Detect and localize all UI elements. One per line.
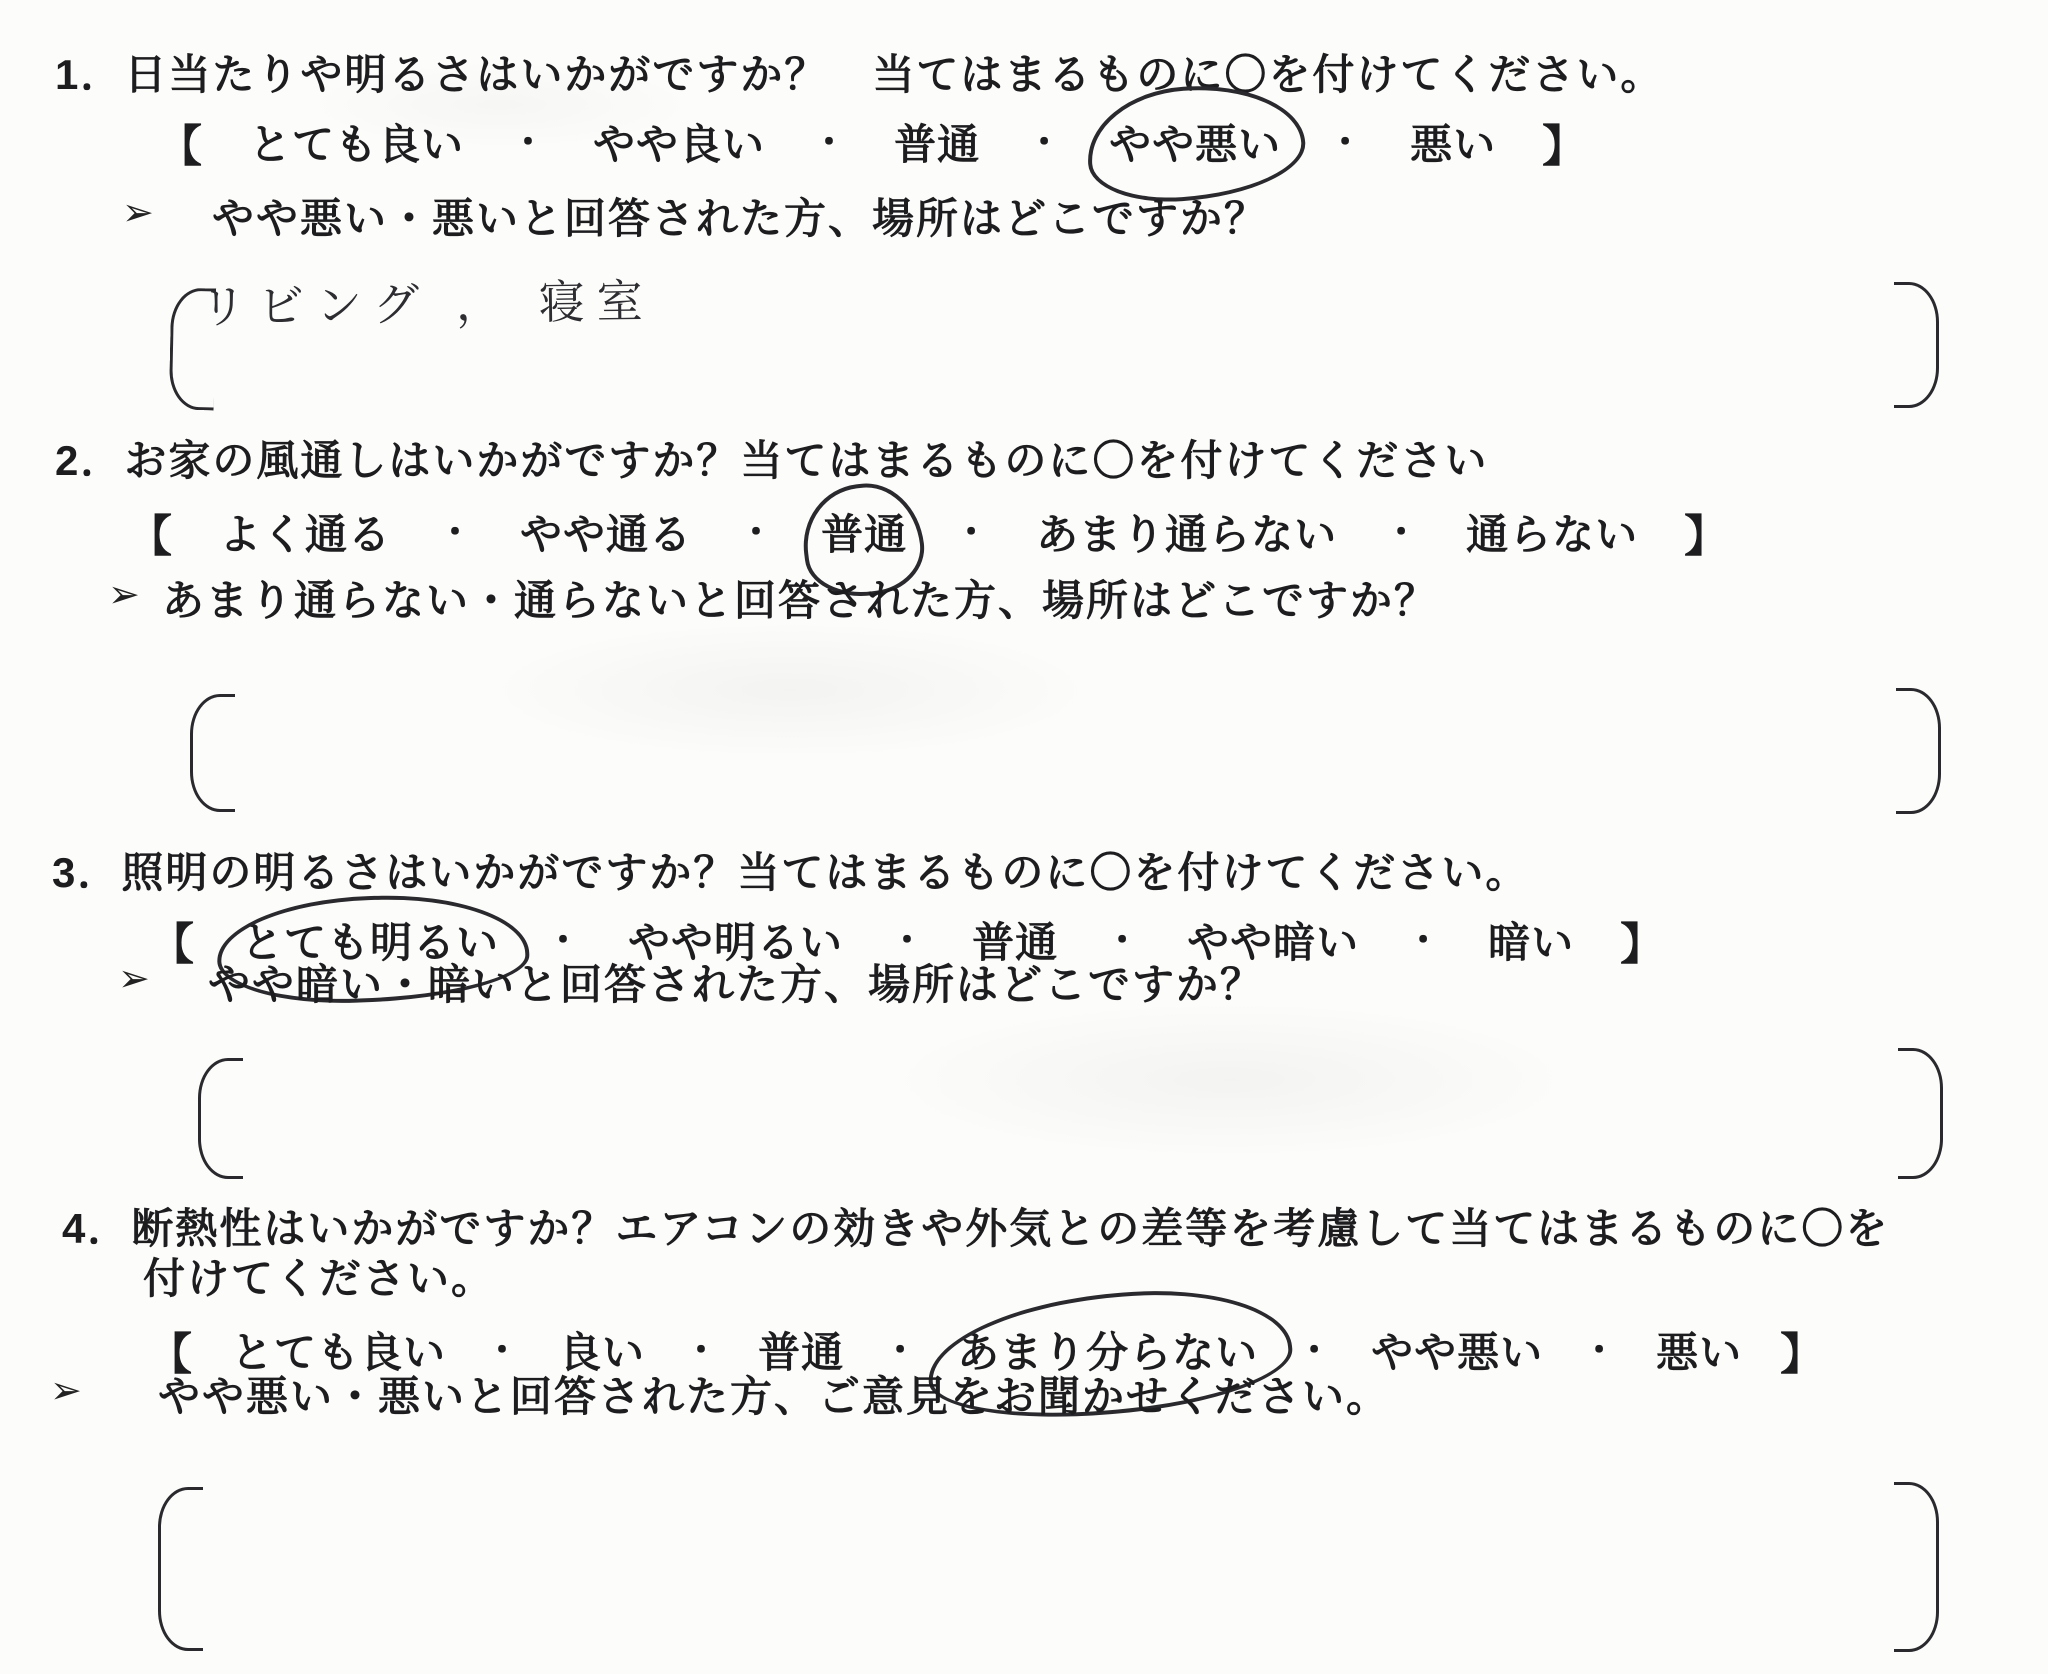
answer-bracket-right — [1894, 282, 1939, 408]
arrow-icon: ➢ — [50, 1368, 82, 1413]
question-4-heading-line2: 付けてください。 — [143, 1246, 495, 1306]
q4-option-yaya-warui: やや悪い — [1371, 1320, 1543, 1380]
answer-bracket-left — [158, 1487, 203, 1651]
q2-option-yoku-tooru: よく通る — [219, 502, 391, 562]
question-1-heading: 1．日当たりや明るさはいかがですか？ 当てはまるものに〇を付けてください。 — [55, 42, 1664, 102]
separator-dot: ・ — [882, 1332, 919, 1368]
separator-dot: ・ — [510, 124, 547, 160]
q1-option-totemo-yoi: とても良い — [249, 112, 464, 172]
question-2-followup: あまり通らない・通らないと回答された方、場所はどこですか？ — [162, 568, 1438, 628]
separator-dot: ・ — [1383, 514, 1420, 550]
question-1-followup: やや悪い・悪いと回答された方、場所はどこですか？ — [212, 186, 1268, 246]
options-close-bracket: 】 — [1620, 908, 1665, 972]
options-open-bracket: 【 — [158, 110, 203, 174]
arrow-icon: ➢ — [122, 190, 154, 235]
options-close-bracket: 】 — [1542, 110, 1587, 174]
question-1-options: 【 とても良い ・ やや良い ・ 普通 ・ やや悪い ・ 悪い 】 — [158, 110, 1587, 174]
q4-option-warui: 悪い — [1656, 1320, 1742, 1380]
separator-dot: ・ — [738, 514, 775, 550]
q3-option-kurai: 暗い — [1488, 910, 1574, 970]
options-open-bracket: 【 — [150, 908, 195, 972]
answer-bracket-left — [198, 1058, 243, 1179]
separator-dot: ・ — [1026, 124, 1063, 160]
separator-dot: ・ — [1327, 124, 1364, 160]
separator-dot: ・ — [1296, 1332, 1333, 1368]
answer-bracket-left — [190, 694, 235, 812]
q2-option-yaya-tooru: やや通る — [520, 502, 692, 562]
question-2-heading: 2．お家の風通しはいかがですか？当てはまるものに〇を付けてください — [55, 428, 1488, 488]
separator-dot: ・ — [683, 1332, 720, 1368]
q2-option-futsuu-circled: 普通 — [821, 502, 907, 562]
arrow-icon: ➢ — [108, 572, 140, 617]
answer-bracket-right — [1896, 688, 1941, 814]
scanned-survey-page: 1．日当たりや明るさはいかがですか？ 当てはまるものに〇を付けてください。 【 … — [0, 0, 2048, 1674]
answer-bracket-left — [169, 288, 217, 411]
q1-option-yaya-yoi: やや良い — [593, 112, 765, 172]
separator-dot: ・ — [1405, 922, 1442, 958]
q1-option-yaya-warui-circled: やや悪い — [1109, 112, 1281, 172]
scan-artifact — [480, 620, 1100, 760]
question-2-options: 【 よく通る ・ やや通る ・ 普通 ・ あまり通らない ・ 通らない 】 — [128, 500, 1729, 564]
scan-artifact — [880, 1000, 1580, 1160]
separator-dot: ・ — [811, 124, 848, 160]
q1-option-warui: 悪い — [1410, 112, 1496, 172]
answer-bracket-right — [1898, 1048, 1943, 1179]
separator-dot: ・ — [953, 514, 990, 550]
separator-dot: ・ — [484, 1332, 521, 1368]
separator-dot: ・ — [437, 514, 474, 550]
options-close-bracket: 】 — [1780, 1318, 1825, 1382]
question-1-handwritten-answer: リビング ， 寝室 — [200, 265, 656, 337]
question-3-followup: やや暗い・暗いと回答された方、場所はどこですか？ — [208, 952, 1264, 1012]
q2-option-tooranai: 通らない — [1466, 502, 1638, 562]
q2-option-amari-tooranai: あまり通らない — [1036, 502, 1337, 562]
options-open-bracket: 【 — [128, 500, 173, 564]
arrow-icon: ➢ — [118, 956, 150, 1001]
answer-bracket-right — [1894, 1482, 1939, 1652]
question-3-heading: 3．照明の明るさはいかがですか？当てはまるものに〇を付けてください。 — [52, 840, 1529, 900]
separator-dot: ・ — [1581, 1332, 1618, 1368]
q1-option-futsuu: 普通 — [894, 112, 980, 172]
question-4-followup: やや悪い・悪いと回答された方、ご意見をお聞かせください。 — [158, 1364, 1390, 1424]
options-close-bracket: 】 — [1684, 500, 1729, 564]
